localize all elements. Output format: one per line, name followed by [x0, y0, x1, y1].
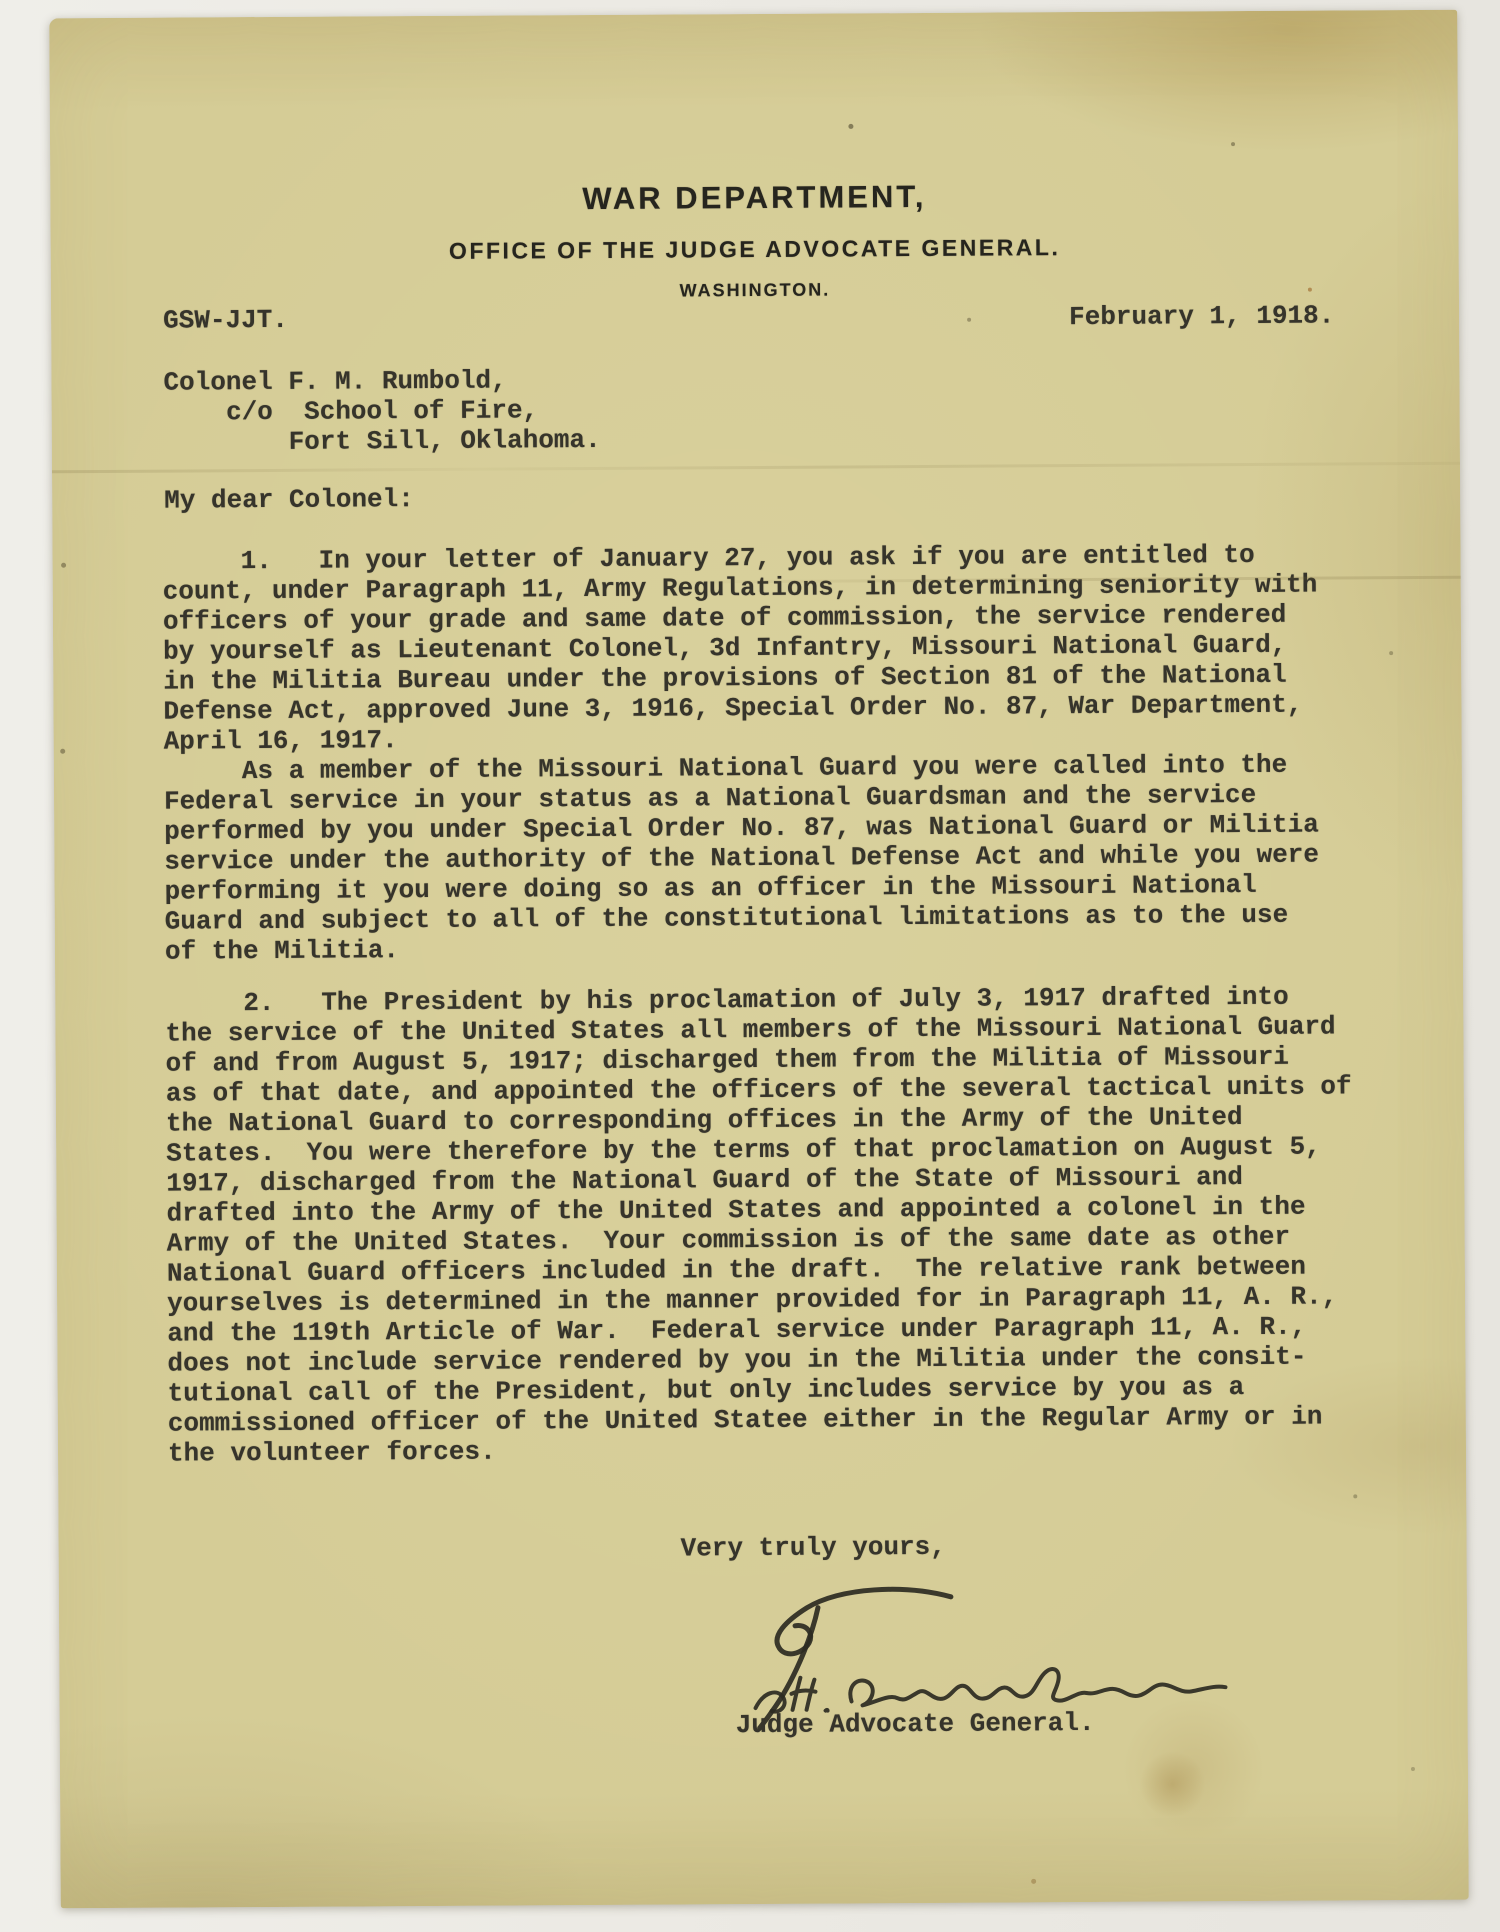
signatory-title: Judge Advocate General.	[736, 1708, 1095, 1740]
letterhead-department: WAR DEPARTMENT,	[50, 176, 1458, 221]
paper-crease	[52, 462, 1460, 474]
text-line: Colonel F. M. Rumbold,	[163, 365, 600, 398]
scanned-letter-background: WAR DEPARTMENT, OFFICE OF THE JUDGE ADVO…	[0, 0, 1500, 1932]
text-line: of the Militia.	[165, 930, 1320, 967]
letter-page: WAR DEPARTMENT, OFFICE OF THE JUDGE ADVO…	[49, 10, 1469, 1909]
letterhead-office: OFFICE OF THE JUDGE ADVOCATE GENERAL.	[51, 232, 1459, 268]
valediction: Very truly yours,	[681, 1532, 946, 1564]
salutation: My dear Colonel:	[164, 484, 414, 516]
paper-specks	[49, 18, 51, 20]
body-paragraph-1: 1. In your letter of January 27, you ask…	[162, 540, 1319, 967]
text-line: c/o School of Fire,	[164, 395, 601, 428]
recipient-address-block: Colonel F. M. Rumbold, c/o School of Fir…	[163, 365, 600, 458]
text-line: the volunteer forces.	[168, 1431, 1354, 1468]
text-line: Fort Sill, Oklahoma.	[164, 425, 601, 458]
body-paragraph-2: 2. The President by his proclamation of …	[165, 981, 1354, 1468]
date-line: February 1, 1918.	[1069, 300, 1334, 332]
file-reference: GSW-JJT.	[163, 305, 288, 336]
